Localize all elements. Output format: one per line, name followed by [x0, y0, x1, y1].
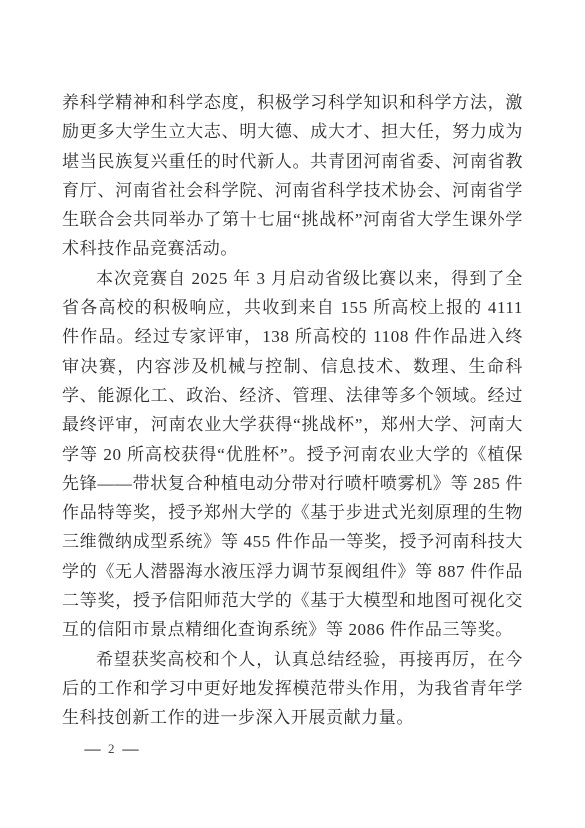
document-body: 养科学精神和科学态度，积极学习科学知识和科学方法，激励更多大学生立大志、明大德、…: [62, 88, 523, 733]
page-number-value: 2: [108, 741, 115, 757]
document-page: 养科学精神和科学态度，积极学习科学知识和科学方法，激励更多大学生立大志、明大德、…: [0, 0, 585, 828]
page-number-dash-right: —: [122, 741, 138, 757]
paragraph-closing-remarks: 希望获奖高校和个人，认真总结经验，再接再厉，在今后的工作和学习中更好地发挥模范带…: [62, 645, 523, 733]
page-number-dash-left: —: [84, 741, 100, 757]
paragraph-continuation: 养科学精神和科学态度，积极学习科学知识和科学方法，激励更多大学生立大志、明大德、…: [62, 88, 523, 264]
paragraph-competition-results: 本次竞赛自 2025 年 3 月启动省级比赛以来，得到了全省各高校的积极响应，共…: [62, 264, 523, 645]
page-number: — 2 —: [86, 741, 137, 757]
